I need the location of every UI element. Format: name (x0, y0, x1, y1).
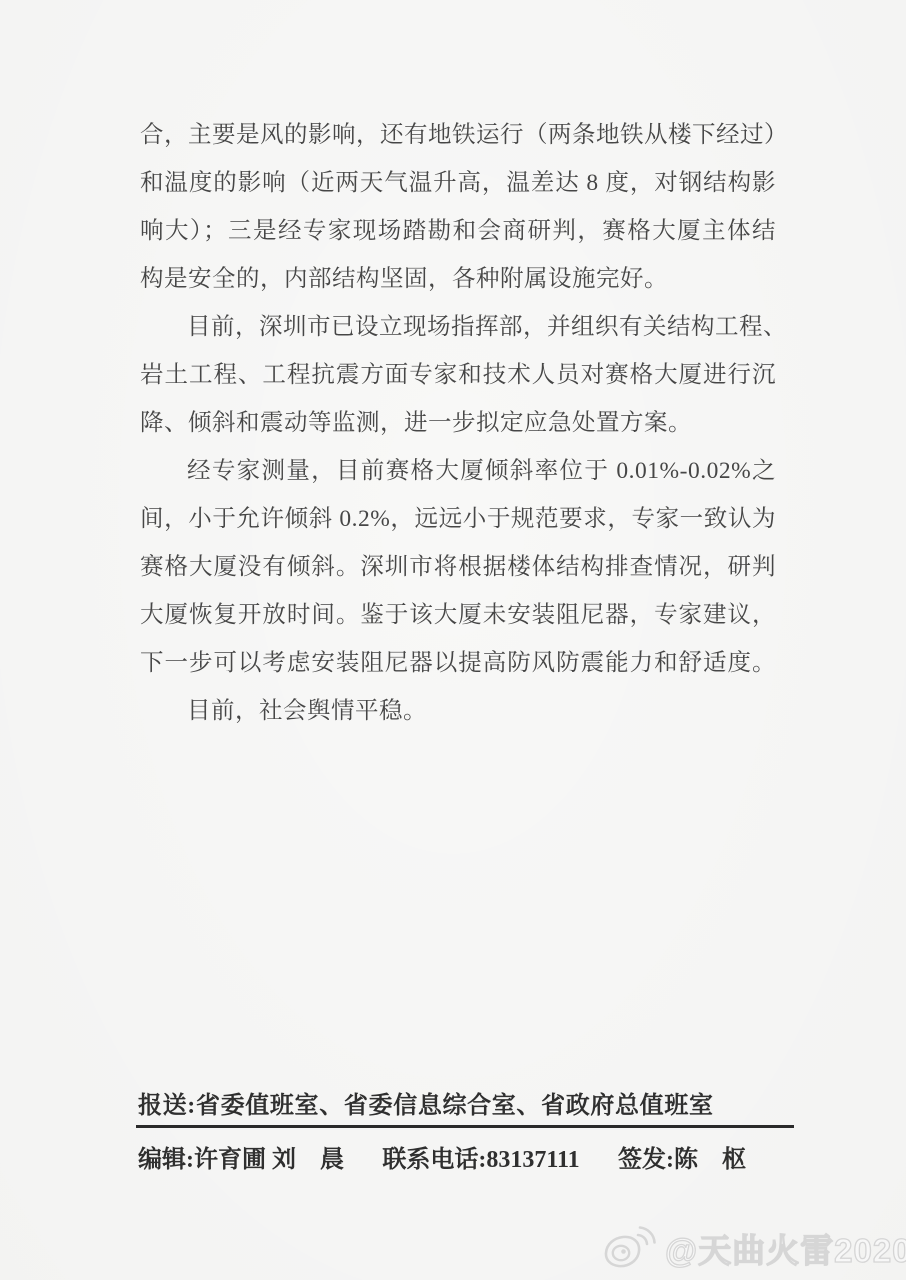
body-line: 经专家测量，目前赛格大厦倾斜率位于 0.01%-0.02%之 (140, 447, 776, 495)
footer-report-line: 报送:省委值班室、省委信息综合室、省政府总值班室 (138, 1086, 713, 1126)
footer-contact-phone: 联系电话:83137111 (382, 1139, 579, 1174)
footer-editors-line: 编辑:许育圃 刘 晨 联系电话:83137111 签发:陈 枢 (138, 1136, 746, 1176)
watermark: @天曲火雷2020 (602, 1222, 906, 1274)
body-line: 降、倾斜和震动等监测，进一步拟定应急处置方案。 (140, 399, 776, 447)
document-body: 合，主要是风的影响，还有地铁运行（两条地铁从楼下经过） 和温度的影响（近两天气温… (140, 111, 776, 735)
body-line: 岩土工程、工程抗震方面专家和技术人员对赛格大厦进行沉 (140, 351, 776, 399)
body-line: 间，小于允许倾斜 0.2%，远远小于规范要求，专家一致认为 (140, 495, 776, 543)
body-line: 和温度的影响（近两天气温升高，温差达 8 度，对钢结构影 (140, 159, 776, 207)
body-line: 赛格大厦没有倾斜。深圳市将根据楼体结构排查情况，研判 (140, 543, 776, 591)
watermark-handle: @天曲火雷2020 (665, 1225, 906, 1272)
footer-issuer: 签发:陈 枢 (618, 1139, 746, 1174)
body-line: 目前，深圳市已设立现场指挥部，并组织有关结构工程、 (140, 303, 776, 351)
footer-divider-rule (136, 1125, 794, 1128)
document-page: 合，主要是风的影响，还有地铁运行（两条地铁从楼下经过） 和温度的影响（近两天气温… (0, 0, 906, 1280)
weibo-logo-icon (602, 1225, 658, 1271)
body-line: 构是安全的，内部结构坚固，各种附属设施完好。 (140, 255, 776, 303)
body-line: 大厦恢复开放时间。鉴于该大厦未安装阻尼器，专家建议， (140, 591, 776, 639)
body-line: 下一步可以考虑安装阻尼器以提高防风防震能力和舒适度。 (140, 639, 776, 687)
body-line: 目前，社会舆情平稳。 (140, 687, 776, 735)
footer-editors-names: 编辑:许育圃 刘 晨 (138, 1139, 344, 1174)
body-line: 合，主要是风的影响，还有地铁运行（两条地铁从楼下经过） (140, 111, 776, 159)
body-line: 响大）；三是经专家现场踏勘和会商研判，赛格大厦主体结 (140, 207, 776, 255)
